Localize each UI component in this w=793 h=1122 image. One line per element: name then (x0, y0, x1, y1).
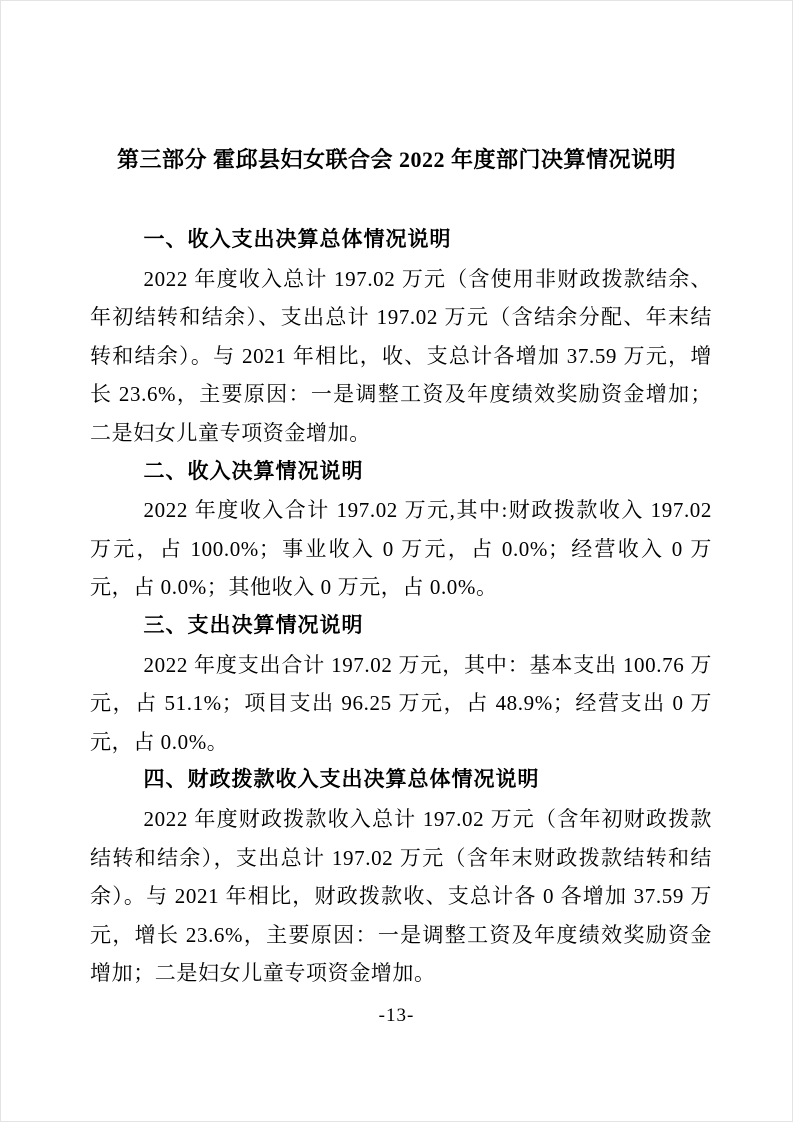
section-income-expenditure-overview: 一、收入支出决算总体情况说明 2022 年度收入总计 197.02 万元（含使用… (90, 221, 712, 453)
document-title: 第三部分 霍邱县妇女联合会 2022 年度部门决算情况说明 (60, 143, 733, 174)
page-number: -13- (0, 1005, 793, 1027)
section-expenditure-statement: 三、支出决算情况说明 2022 年度支出合计 197.02 万元，其中：基本支出… (90, 607, 712, 761)
section-4-paragraph: 2022 年度财政拨款收入总计 197.02 万元（含年初财政拨款结转和结余），… (90, 800, 712, 993)
section-4-heading: 四、财政拨款收入支出决算总体情况说明 (90, 761, 712, 800)
section-3-heading: 三、支出决算情况说明 (90, 607, 712, 646)
section-1-paragraph: 2022 年度收入总计 197.02 万元（含使用非财政拨款结余、年初结转和结余… (90, 260, 712, 453)
section-3-paragraph: 2022 年度支出合计 197.02 万元，其中：基本支出 100.76 万元，… (90, 646, 712, 762)
document-body: 一、收入支出决算总体情况说明 2022 年度收入总计 197.02 万元（含使用… (90, 221, 712, 993)
section-2-heading: 二、收入决算情况说明 (90, 453, 712, 492)
section-fiscal-appropriation-overview: 四、财政拨款收入支出决算总体情况说明 2022 年度财政拨款收入总计 197.0… (90, 761, 712, 993)
section-income-statement: 二、收入决算情况说明 2022 年度收入合计 197.02 万元,其中:财政拨款… (90, 453, 712, 607)
section-2-paragraph: 2022 年度收入合计 197.02 万元,其中:财政拨款收入 197.02 万… (90, 491, 712, 607)
document-page: 第三部分 霍邱县妇女联合会 2022 年度部门决算情况说明 一、收入支出决算总体… (0, 0, 793, 1122)
section-1-heading: 一、收入支出决算总体情况说明 (90, 221, 712, 260)
